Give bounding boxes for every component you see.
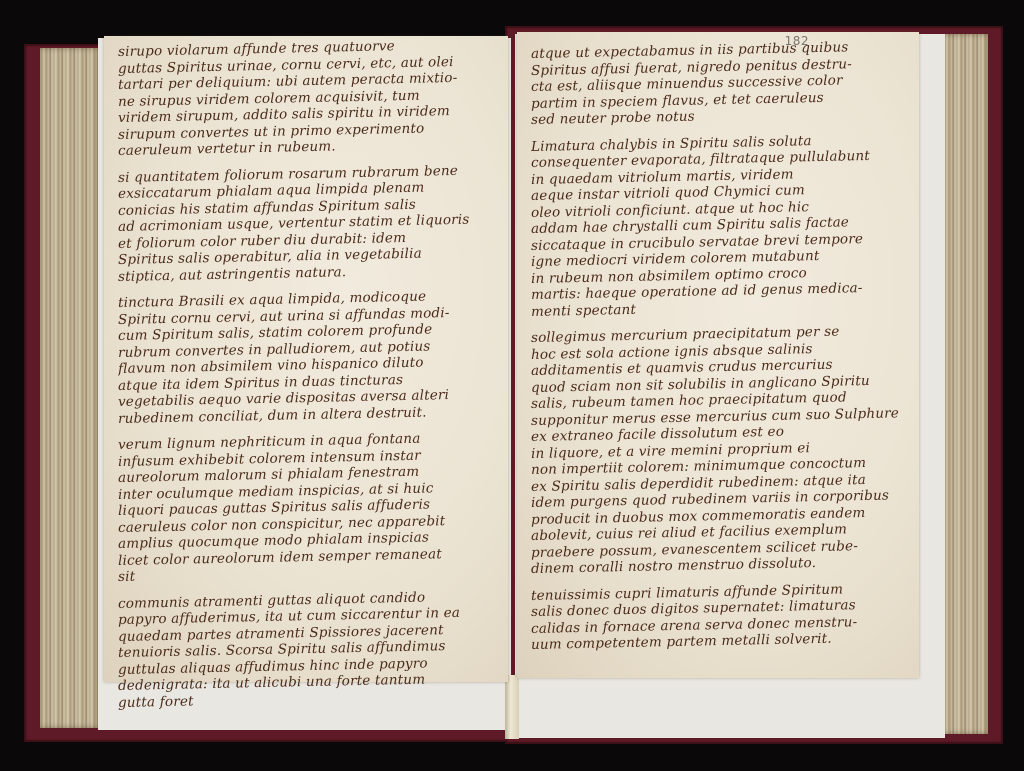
page-edges-right	[943, 34, 988, 734]
right-page-text: atque ut expectabamus in iis partibus qu…	[531, 46, 913, 654]
manuscript-page-right: 182 atque ut expectabamus in iis partibu…	[517, 32, 919, 678]
manuscript-page-left: sirupo violarum affunde tres quatuorvegu…	[104, 36, 508, 682]
left-page-text: sirupo violarum affunde tres quatuorvegu…	[118, 44, 502, 711]
book-gutter	[505, 675, 519, 739]
page-edges-left	[40, 48, 98, 728]
